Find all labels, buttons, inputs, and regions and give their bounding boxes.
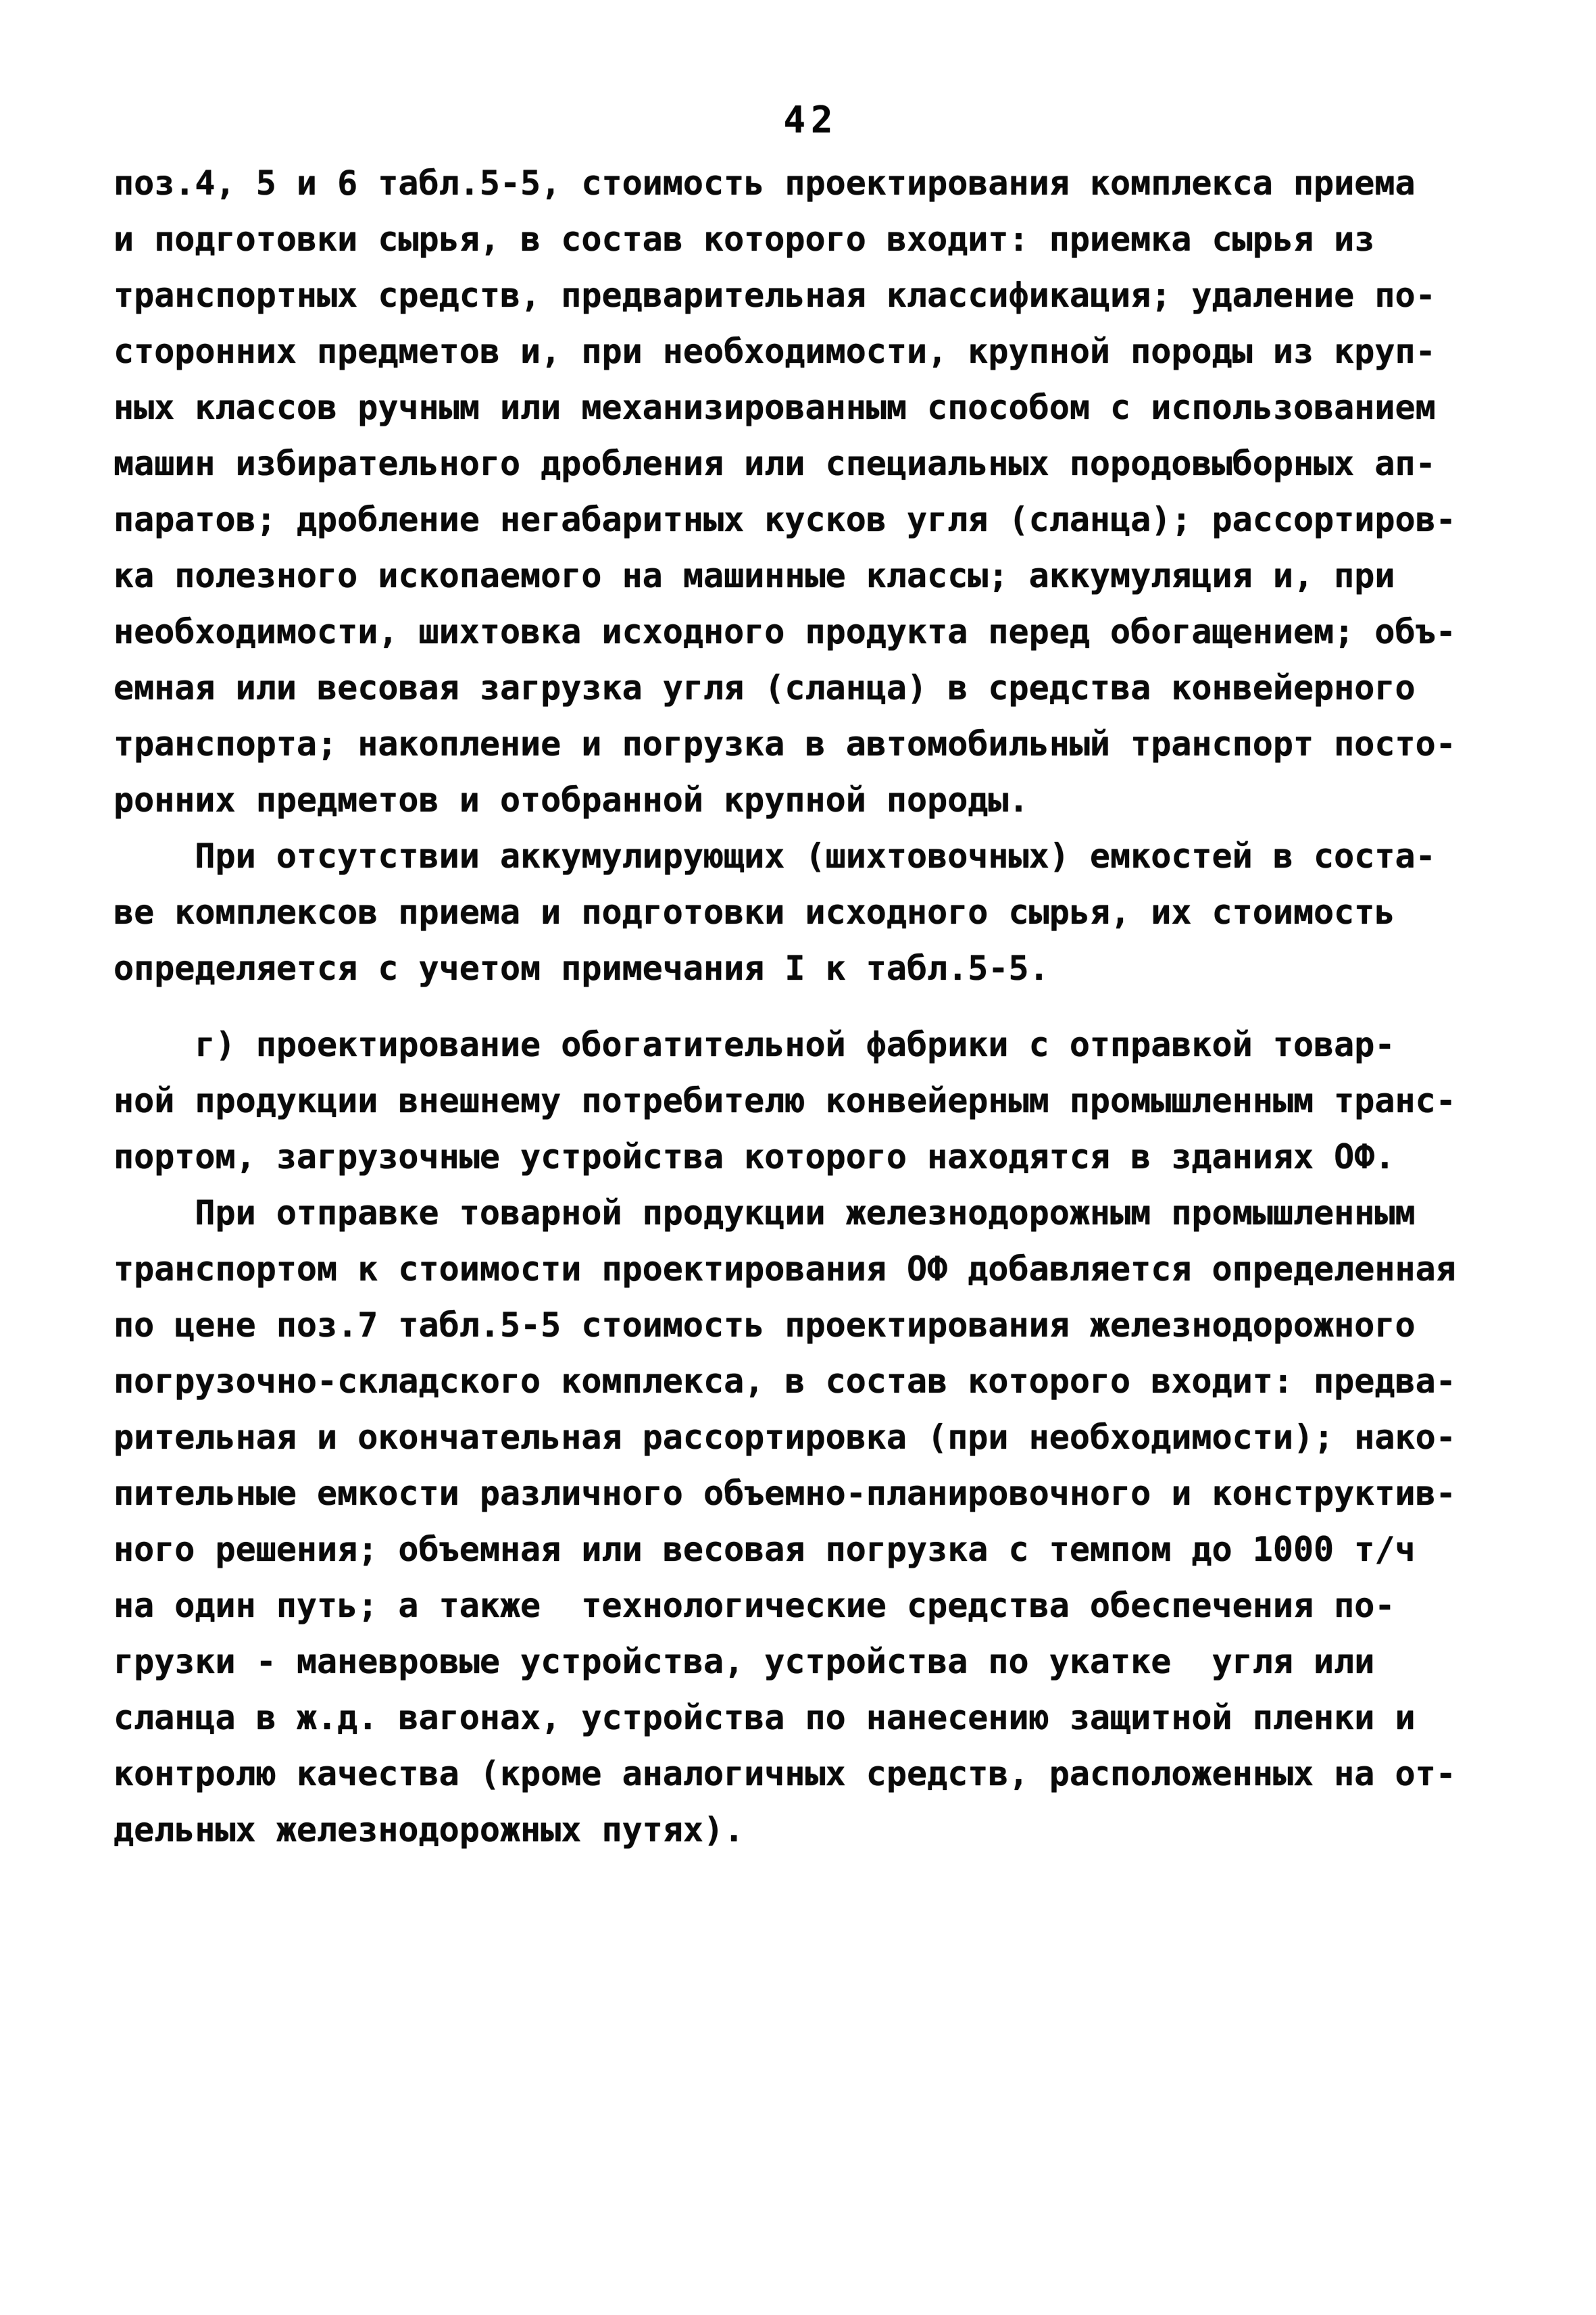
scanned-document-page: 42 поз.4, 5 и 6 табл.5-5, стоимость прое…	[0, 0, 1596, 2315]
text-line: ных классов ручным или механизированным …	[114, 380, 1456, 436]
text-line: рительная и окончательная рассортировка …	[114, 1410, 1456, 1466]
text-line: сторонних предметов и, при необходимости…	[114, 324, 1456, 380]
text-line: г) проектирование обогатительной фабрики…	[114, 1017, 1456, 1073]
text-line: ронних предметов и отобранной крупной по…	[114, 772, 1456, 828]
paragraph: г) проектирование обогатительной фабрики…	[114, 1017, 1456, 1185]
text-line: пительные емкости различного объемно-пла…	[114, 1466, 1456, 1522]
text-line: дельных железнодорожных путях).	[114, 1802, 1456, 1858]
text-line: и подготовки сырья, в состав которого вх…	[114, 211, 1456, 268]
paragraph: поз.4, 5 и 6 табл.5-5, стоимость проекти…	[114, 155, 1456, 828]
paragraph: При отсутствии аккумулирующих (шихтовочн…	[114, 828, 1456, 997]
text-line: контролю качества (кроме аналогичных сре…	[114, 1746, 1456, 1802]
text-line: ного решения; объемная или весовая погру…	[114, 1522, 1456, 1578]
text-line: погрузочно-складского комплекса, в соста…	[114, 1353, 1456, 1410]
text-line: При отправке товарной продукции железнод…	[114, 1185, 1456, 1241]
text-line: на один путь; а также технологические ср…	[114, 1578, 1456, 1634]
text-line: определяется с учетом примечания I к таб…	[114, 941, 1456, 997]
text-line: ве комплексов приема и подготовки исходн…	[114, 885, 1456, 941]
text-line: поз.4, 5 и 6 табл.5-5, стоимость проекти…	[114, 155, 1456, 211]
text-line: сланца в ж.д. вагонах, устройства по нан…	[114, 1690, 1456, 1746]
text-line: При отсутствии аккумулирующих (шихтовочн…	[114, 828, 1456, 885]
text-line: транспортных средств, предварительная кл…	[114, 268, 1456, 324]
text-line: ка полезного ископаемого на машинные кла…	[114, 548, 1456, 604]
text-line: транспорта; накопление и погрузка в авто…	[114, 716, 1456, 772]
text-line: ной продукции внешнему потребителю конве…	[114, 1073, 1456, 1129]
text-line: необходимости, шихтовка исходного продук…	[114, 604, 1456, 660]
text-line: грузки - маневровые устройства, устройст…	[114, 1634, 1456, 1690]
text-line: машин избирательного дробления или специ…	[114, 436, 1456, 492]
text-line: емная или весовая загрузка угля (сланца)…	[114, 660, 1456, 716]
text-line: транспортом к стоимости проектирования О…	[114, 1241, 1456, 1297]
page-number: 42	[0, 99, 1596, 141]
text-block: поз.4, 5 и 6 табл.5-5, стоимость проекти…	[114, 155, 1456, 1858]
text-line: паратов; дробление негабаритных кусков у…	[114, 492, 1456, 548]
text-line: по цене поз.7 табл.5-5 стоимость проекти…	[114, 1297, 1456, 1353]
text-line: портом, загрузочные устройства которого …	[114, 1129, 1456, 1185]
paragraph: При отправке товарной продукции железнод…	[114, 1185, 1456, 1858]
